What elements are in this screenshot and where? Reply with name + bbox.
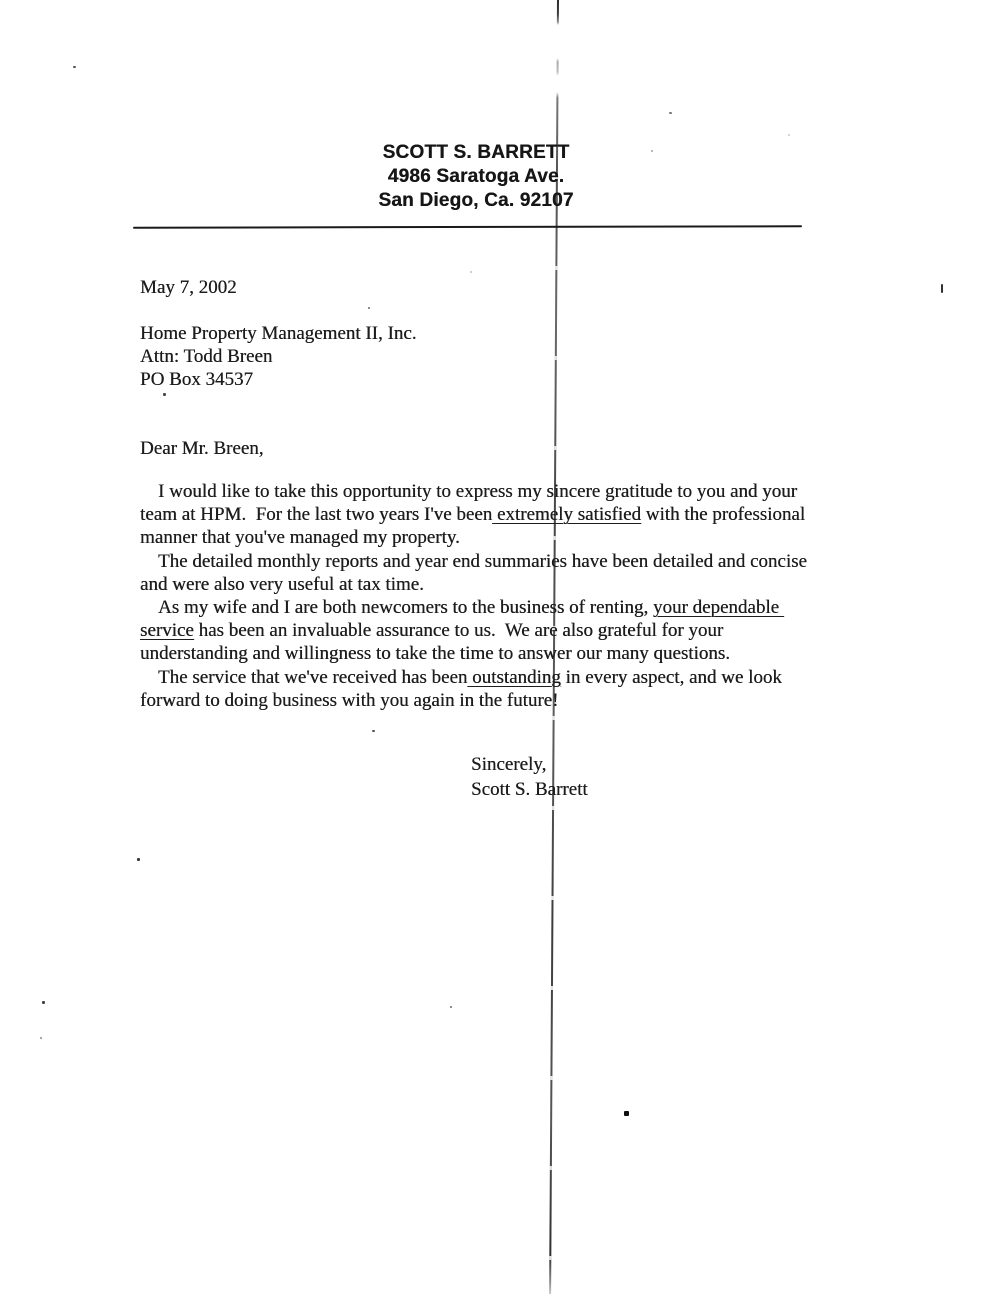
scan-speck (73, 66, 76, 68)
body-line: forward to doing business with you again… (140, 689, 820, 712)
scan-speck (941, 284, 943, 293)
text-segment: The detailed monthly reports and year en… (158, 551, 807, 572)
text-segment: with the professional (641, 504, 805, 525)
underlined-text: outstanding (467, 667, 560, 688)
letterhead-city: San Diego, Ca. 92107 (140, 189, 812, 213)
text-segment: manner that you've managed my property. (140, 527, 460, 548)
text-segment: and were also very useful at tax time. (140, 574, 424, 595)
body-line: As my wife and I are both newcomers to t… (140, 596, 820, 619)
underlined-text: extremely satisfied (492, 504, 641, 525)
scan-speck (163, 393, 166, 396)
scan-speck (368, 307, 370, 309)
text-segment: As my wife and I are both newcomers to t… (158, 597, 653, 618)
body-line: manner that you've managed my property. (140, 526, 820, 549)
underlined-text: your dependable (653, 597, 784, 618)
letter-date: May 7, 2002 (140, 276, 237, 299)
scan-speck (42, 1001, 45, 1004)
scan-speck (470, 271, 472, 273)
scan-speck (137, 858, 140, 861)
letterhead-street: 4986 Saratoga Ave. (140, 165, 812, 189)
scan-speck (651, 150, 653, 152)
scan-speck (372, 730, 375, 732)
body-line: The service that we've received has been… (140, 666, 820, 689)
underlined-text: service (140, 620, 194, 641)
text-segment: The service that we've received has been (158, 667, 467, 688)
valediction: Sincerely, (471, 752, 588, 777)
body-line: I would like to take this opportunity to… (140, 480, 820, 503)
signature-name: Scott S. Barrett (471, 777, 588, 802)
text-segment: understanding and willingness to take th… (140, 643, 730, 664)
letter-body: I would like to take this opportunity to… (140, 480, 820, 712)
salutation: Dear Mr. Breen, (140, 437, 263, 460)
letterhead-divider-rule (133, 225, 802, 228)
scan-speck (450, 1006, 452, 1008)
body-line: service has been an invaluable assurance… (140, 619, 820, 642)
text-segment: in every aspect, and we look (561, 667, 782, 688)
recipient-address-block: Home Property Management II, Inc. Attn: … (140, 322, 416, 391)
scan-speck (669, 112, 672, 114)
scan-speck (40, 1037, 42, 1039)
recipient-po-box: PO Box 34537 (140, 368, 416, 391)
scan-speck (624, 1111, 629, 1116)
text-segment: forward to doing business with you again… (140, 690, 558, 711)
text-segment: has been an invaluable assurance to us. … (194, 620, 723, 641)
closing-block: Sincerely, Scott S. Barrett (471, 752, 588, 802)
letterhead-name: SCOTT S. BARRETT (140, 141, 812, 165)
recipient-attention: Attn: Todd Breen (140, 345, 416, 368)
scan-speck (788, 134, 790, 136)
letterhead: SCOTT S. BARRETT 4986 Saratoga Ave. San … (140, 141, 812, 213)
body-line: The detailed monthly reports and year en… (140, 550, 820, 573)
scanned-letter-page: SCOTT S. BARRETT 4986 Saratoga Ave. San … (0, 0, 1000, 1294)
text-segment: team at HPM. For the last two years I've… (140, 504, 492, 525)
text-segment: I would like to take this opportunity to… (158, 481, 797, 502)
body-line: and were also very useful at tax time. (140, 573, 820, 596)
body-line: understanding and willingness to take th… (140, 642, 820, 665)
recipient-company: Home Property Management II, Inc. (140, 322, 416, 345)
body-line: team at HPM. For the last two years I've… (140, 503, 820, 526)
